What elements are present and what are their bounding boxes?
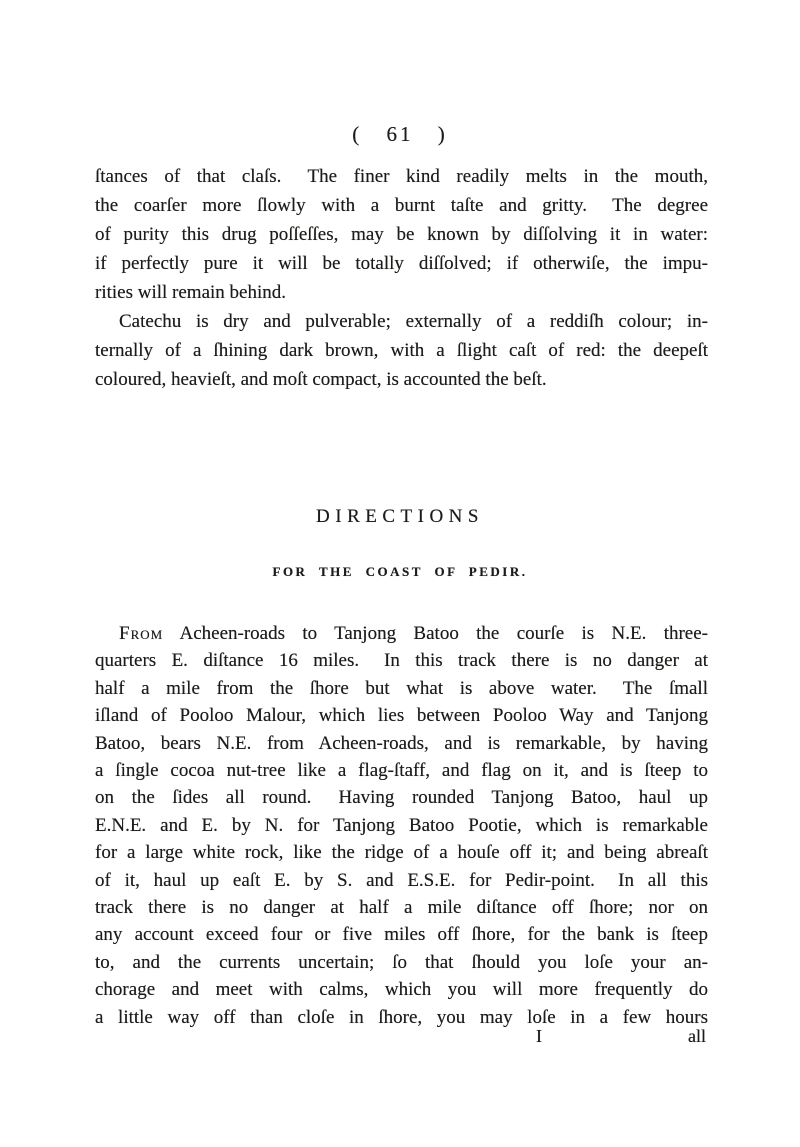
section-subheading: FOR THE COAST OF PEDIR. bbox=[0, 564, 800, 580]
catechu-paragraphs: ſtances of that claſs. The finer kind re… bbox=[95, 162, 708, 394]
text-line: Catechu is dry and pulverable; externall… bbox=[95, 307, 708, 336]
text-line: ſtances of that claſs. The finer kind re… bbox=[95, 162, 708, 191]
text-line: a ſingle cocoa nut-tree like a flag-ſtaf… bbox=[95, 757, 708, 784]
text-line: if perfectly pure it will be totally diſ… bbox=[95, 249, 708, 278]
catchword: all bbox=[688, 1026, 706, 1047]
text-line: half a mile from the ſhore but what is a… bbox=[95, 675, 708, 702]
text-line: track there is no danger at half a mile … bbox=[95, 894, 708, 921]
text-line: on the ſides all round. Having rounded T… bbox=[95, 784, 708, 811]
text-line: quarters E. diſtance 16 miles. In this t… bbox=[95, 647, 708, 674]
signature-mark: I bbox=[536, 1026, 542, 1047]
text-line: any account exceed four or five miles of… bbox=[95, 921, 708, 948]
text-line: the coarſer more ſlowly with a burnt taſ… bbox=[95, 191, 708, 220]
text-line: of purity this drug poſſeſſes, may be kn… bbox=[95, 220, 708, 249]
text-line: ternally of a ſhining dark brown, with a… bbox=[95, 336, 708, 365]
text-line: Batoo, bears N.E. from Acheen-roads, and… bbox=[95, 730, 708, 757]
text-line: coloured, heavieſt, and moſt compact, is… bbox=[95, 365, 708, 394]
text-line: rities will remain behind. bbox=[95, 278, 708, 307]
text-line: for a large white rock, like the ridge o… bbox=[95, 839, 708, 866]
text-line: From Acheen-roads to Tanjong Batoo the c… bbox=[95, 620, 708, 647]
first-line-rest: Acheen-roads to Tanjong Batoo the courſe… bbox=[163, 623, 708, 644]
page-footer-line: I all bbox=[95, 1026, 708, 1054]
text-line: of it, haul up eaſt E. by S. and E.S.E. … bbox=[95, 867, 708, 894]
section-heading: DIRECTIONS bbox=[0, 506, 800, 528]
page-number: ( 61 ) bbox=[0, 122, 800, 147]
text-line: to, and the currents uncertain; ſo that … bbox=[95, 949, 708, 976]
text-line: iſland of Pooloo Malour, which lies betw… bbox=[95, 702, 708, 729]
text-line: E.N.E. and E. by N. for Tanjong Batoo Po… bbox=[95, 812, 708, 839]
book-page: ( 61 ) ſtances of that claſs. The finer … bbox=[0, 0, 800, 1147]
lead-word: From bbox=[119, 623, 163, 644]
text-line: chorage and meet with calms, which you w… bbox=[95, 976, 708, 1003]
directions-paragraph: From Acheen-roads to Tanjong Batoo the c… bbox=[95, 620, 708, 1031]
